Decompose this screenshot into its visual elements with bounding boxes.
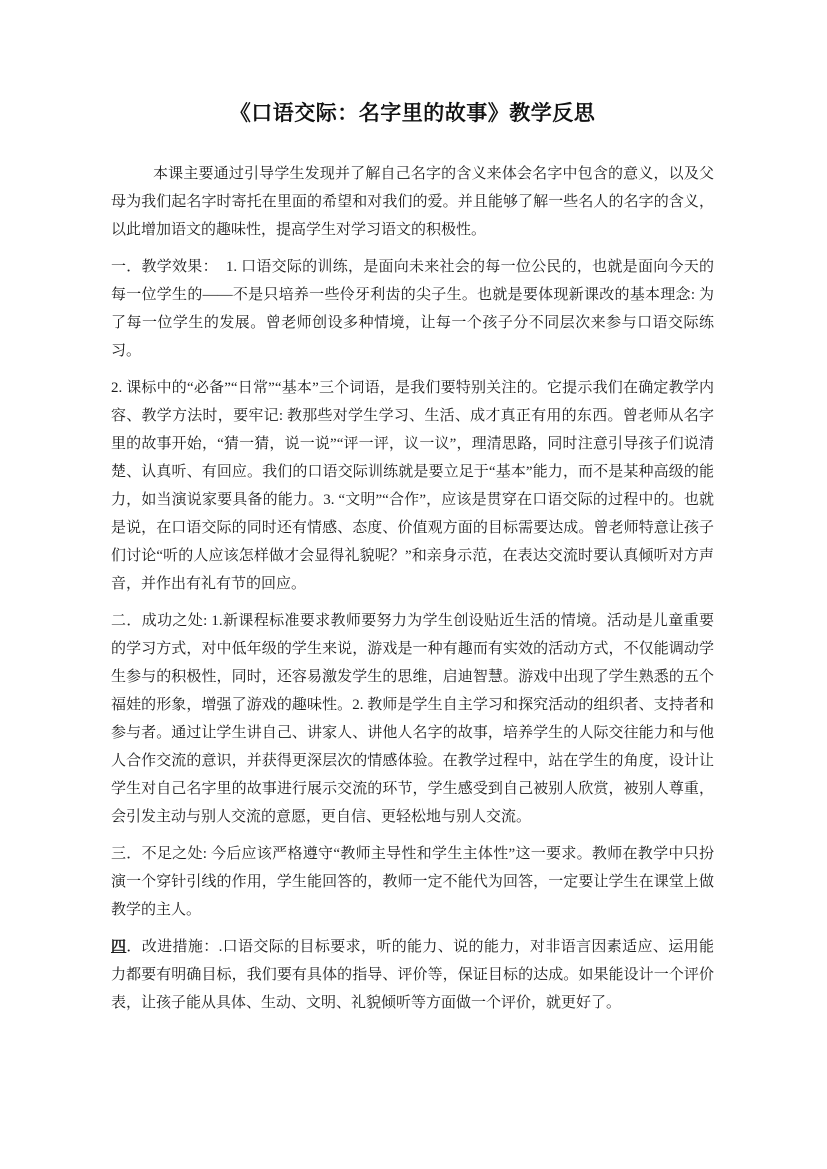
paragraph: 一．教学效果： 1. 口语交际的训练，是面向未来社会的每一位公民的，也就是面向今… (111, 253, 714, 365)
paragraph: 二．成功之处: 1.新课程标准要求教师要努力为学生创设贴近生活的情境。活动是儿童… (111, 607, 714, 831)
paragraph: 三．不足之处: 今后应该严格遵守“教师主导性和学生主体性”这一要求。教师在教学中… (111, 840, 714, 924)
section-marker-bold-underlined: 四 (111, 939, 126, 955)
paragraph: 本课主要通过引导学生发现并了解自己名字的含义来体会名字中包含的意义，以及父母为我… (111, 160, 714, 244)
document-page: 《口语交际：名字里的故事》教学反思 本课主要通过引导学生发现并了解自己名字的含义… (0, 0, 827, 1169)
paragraph-text: 三．不足之处: 今后应该严格遵守“教师主导性和学生主体性”这一要求。教师在教学中… (111, 846, 714, 918)
paragraph-text: 二．成功之处: 1.新课程标准要求教师要努力为学生创设贴近生活的情境。活动是儿童… (111, 613, 714, 825)
document-title: 《口语交际：名字里的故事》教学反思 (111, 97, 714, 127)
paragraph-text: ．改进措施：.口语交际的目标要求，听的能力、说的能力，对非语言因素适应、运用能力… (111, 939, 714, 1011)
paragraph-text: 2. 课标中的“必备”“日常”“基本”三个词语，是我们要特别关注的。它提示我们在… (111, 380, 714, 592)
paragraph: 2. 课标中的“必备”“日常”“基本”三个词语，是我们要特别关注的。它提示我们在… (111, 374, 714, 598)
paragraph-text: 一．教学效果： 1. 口语交际的训练，是面向未来社会的每一位公民的，也就是面向今… (111, 259, 714, 359)
document-body: 本课主要通过引导学生发现并了解自己名字的含义来体会名字中包含的意义，以及父母为我… (111, 160, 714, 1017)
paragraph-text: 本课主要通过引导学生发现并了解自己名字的含义来体会名字中包含的意义，以及父母为我… (111, 166, 714, 238)
paragraph: 四．改进措施：.口语交际的目标要求，听的能力、说的能力，对非语言因素适应、运用能… (111, 933, 714, 1017)
